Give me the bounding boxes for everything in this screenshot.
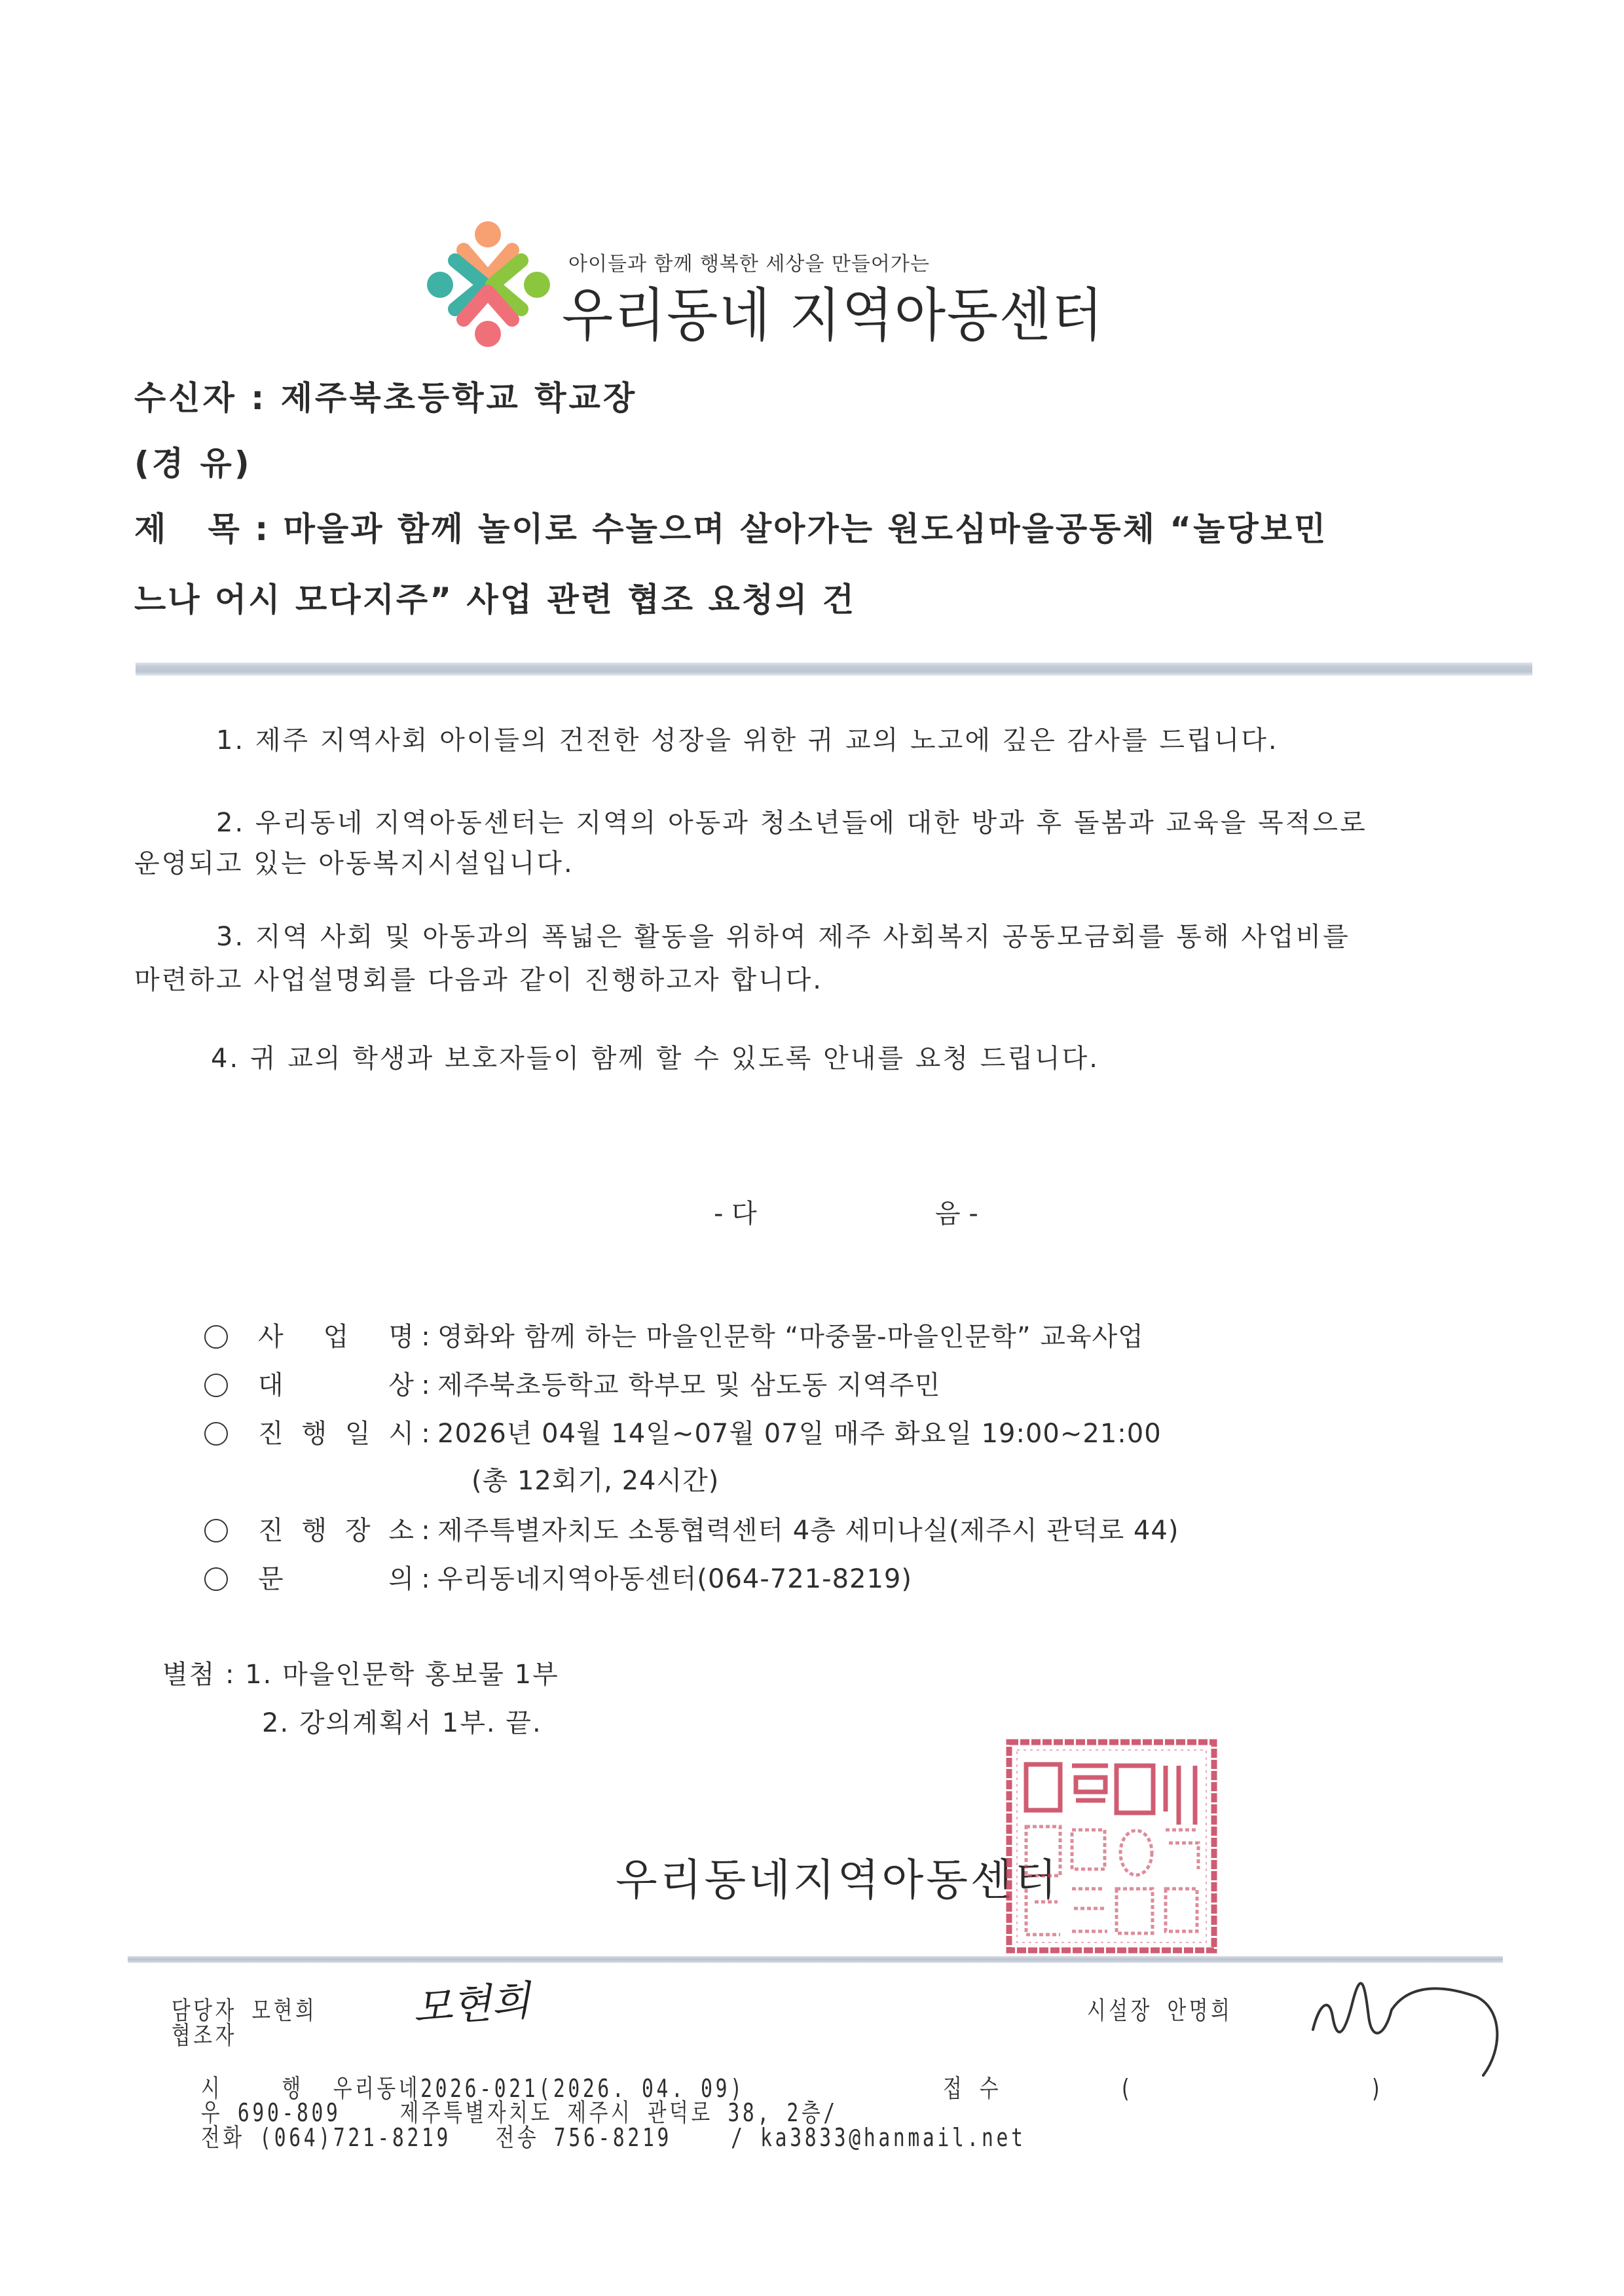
official-seal-icon [1005, 1738, 1218, 1954]
recipient-label: 수신자 : [134, 379, 281, 417]
detail-colon: : [414, 1367, 437, 1404]
manager-signature: 모현희 [411, 1968, 532, 2034]
attachment-item: 1. 마을인문학 홍보물 1부 [245, 1660, 559, 1690]
subject-line-1: 제 목 : 마을과 함께 놀이로 수놀으며 살아가는 원도심마을공동체 “놀당보… [134, 503, 1327, 550]
detail-value: 영화와 함께 하는 마을인문학 “마중물-마을인문학” 교육사업 [437, 1319, 1144, 1355]
phone-label: 전화 [201, 2123, 245, 2152]
director-label: 시설장 [1087, 1996, 1153, 2025]
circle-bullet-icon [204, 1519, 228, 1542]
detail-value: 우리동네지역아동센터(064-721-8219) [437, 1561, 912, 1597]
sender-org-name: 우리동네지역아동센터 [616, 1845, 1060, 1907]
paragraph-1: 1. 제주 지역사회 아이들의 건전한 성장을 위한 귀 교의 노고에 깊은 감… [216, 720, 1279, 761]
paragraph-2-line-2: 운영되고 있는 아동복지시설입니다. [134, 843, 574, 884]
contact-line: 전화 (064)721-8219 전송 756-8219 / ka3833@ha… [172, 2088, 1026, 2153]
detail-label: 진 행 장 소 [258, 1512, 414, 1549]
notice-heading-left: - 다 [714, 1193, 757, 1230]
footer-divider [128, 1956, 1503, 1963]
detail-value: 제주북초등학교 학부모 및 삼도동 지역주민 [437, 1367, 940, 1404]
subject-text-1: 마을과 함께 놀이로 수놀으며 살아가는 원도심마을공동체 “놀당보민 [284, 510, 1328, 548]
attachment-line-1: 별첨 : 1. 마을인문학 홍보물 1부 [162, 1654, 559, 1691]
email-address: / ka3833@hanmail.net [731, 2123, 1025, 2152]
subject-label: 제 목 : [134, 510, 284, 548]
recipient-value: 제주북초등학교 학교장 [281, 379, 637, 417]
subject-line-2: 느나 어시 모다지주” 사업 관련 협조 요청의 건 [134, 574, 856, 621]
header-divider [136, 663, 1532, 676]
circle-bullet-icon [204, 1374, 228, 1397]
phone-number: (064)721-8219 [259, 2123, 451, 2152]
detail-colon: : [414, 1319, 437, 1355]
circle-bullet-icon [204, 1567, 228, 1591]
detail-label: 사 업 명 [258, 1319, 414, 1355]
via-line: (경 유) [134, 437, 252, 484]
detail-value: 2026년 04월 14일~07월 07일 매주 화요일 19:00~21:00 [437, 1415, 1162, 1452]
detail-colon: : [414, 1512, 437, 1549]
circle-bullet-icon [204, 1325, 228, 1349]
detail-label: 문 의 [258, 1561, 414, 1597]
notice-heading-right: 음 - [935, 1193, 978, 1230]
recipient-line: 수신자 : 제주북초등학교 학교장 [134, 372, 637, 419]
detail-label: 진 행 일 시 [258, 1415, 414, 1452]
detail-item-schedule: 진 행 일 시:2026년 04월 14일~07월 07일 매주 화요일 19:… [204, 1414, 1162, 1451]
attachment-label: 별첨 : [162, 1660, 245, 1690]
circle-bullet-icon [204, 1422, 228, 1446]
director-line: 시설장 안명희 [1087, 1990, 1232, 2026]
manager-name: 모현희 [251, 1996, 317, 2025]
detail-colon: : [414, 1415, 437, 1452]
detail-colon: : [414, 1561, 437, 1597]
detail-item-venue: 진 행 장 소:제주특별자치도 소통협력센터 4층 세미나실(제주시 관덕로 4… [204, 1511, 1179, 1548]
detail-item-project-name: 사 업 명:영화와 함께 하는 마을인문학 “마중물-마을인문학” 교육사업 [204, 1317, 1144, 1354]
paragraph-4: 4. 귀 교의 학생과 보호자들이 함께 할 수 있도록 안내를 요청 드립니다… [211, 1038, 1099, 1079]
fax-label: 전송 [496, 2123, 540, 2152]
detail-value: 제주특별자치도 소통협력센터 4층 세미나실(제주시 관덕로 44) [437, 1512, 1179, 1549]
org-title: 우리동네 지역아동센터 [562, 270, 1104, 352]
detail-schedule-continuation: (총 12회기, 24시간) [471, 1463, 719, 1499]
detail-item-target: 대 상:제주북초등학교 학부모 및 삼도동 지역주민 [204, 1366, 940, 1402]
director-name: 안명희 [1167, 1996, 1232, 2025]
fax-number: 756-8219 [554, 2123, 672, 2152]
paragraph-3-line-2: 마련하고 사업설명회를 다음과 같이 진행하고자 합니다. [134, 960, 823, 1000]
attachment-line-2: 2. 강의계획서 1부. 끝. [262, 1702, 542, 1740]
logo-icon [426, 216, 550, 347]
paragraph-2-line-1: 2. 우리동네 지역아동센터는 지역의 아동과 청소년들에 대한 방과 후 돌봄… [216, 803, 1367, 843]
paragraph-3-line-1: 3. 지역 사회 및 아동과의 폭넓은 활동을 위하여 제주 사회복지 공동모금… [216, 917, 1350, 957]
detail-label: 대 상 [258, 1367, 414, 1404]
receipt-value: ( ) [1119, 2074, 1384, 2103]
detail-item-inquiry: 문 의:우리동네지역아동센터(064-721-8219) [204, 1559, 912, 1596]
